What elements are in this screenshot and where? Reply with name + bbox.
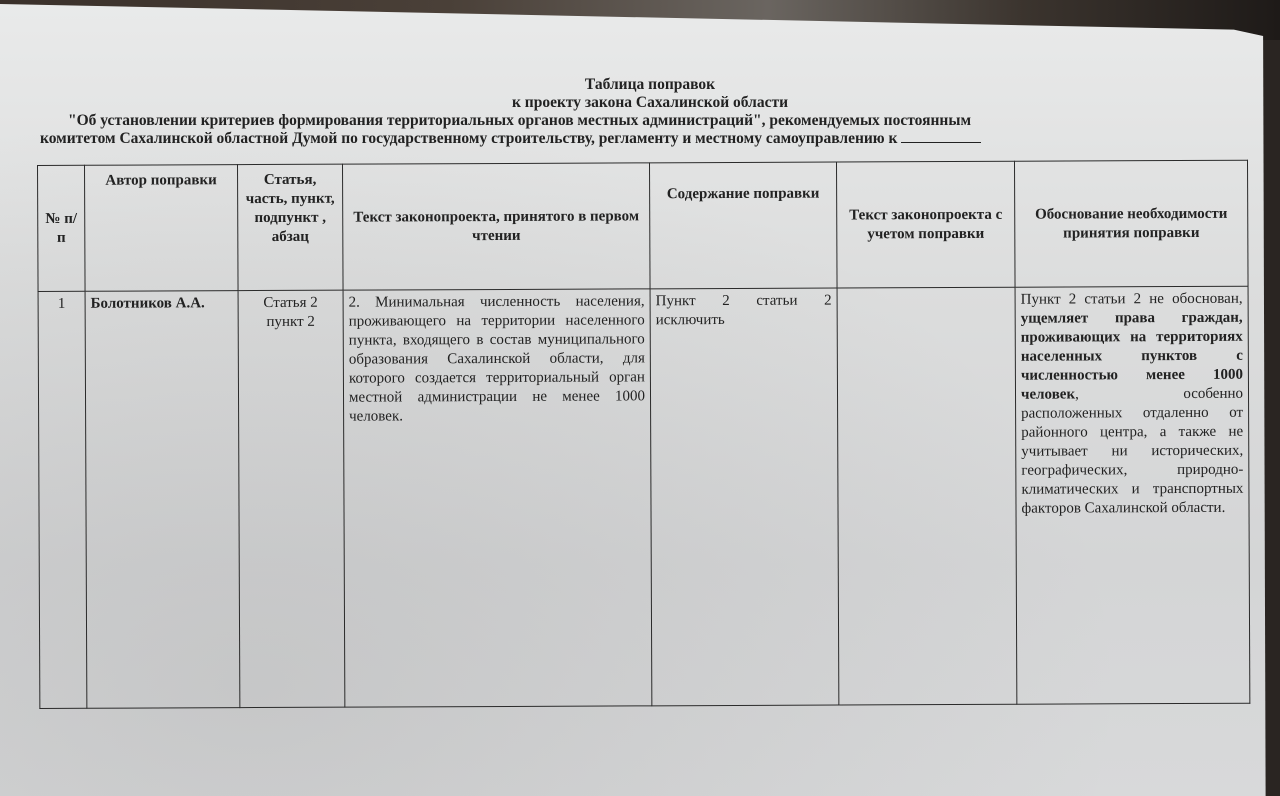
header-num: № п/п (38, 165, 86, 291)
amendments-table: № п/п Автор поправки Статья, часть, пунк… (37, 160, 1250, 709)
title-line-1: Таблица поправок (40, 76, 1260, 94)
table-header-row: № п/п Автор поправки Статья, часть, пунк… (38, 160, 1249, 291)
header-amendment: Содержание поправки (649, 162, 837, 289)
cell-num: 1 (38, 291, 87, 708)
header-article: Статья, часть, пункт, подпункт , абзац (238, 164, 344, 290)
date-blank-field (901, 130, 981, 143)
title-line-2: к проекту закона Сахалинской области (40, 94, 1260, 112)
cell-bill-text: 2. Минимальная численность населения, пр… (343, 289, 652, 707)
title-line-4: комитетом Сахалинской областной Думой по… (40, 130, 1260, 148)
header-text-with-amendment: Текст законопроекта с учетом поправки (836, 161, 1015, 288)
title-line-3: "Об установлении критериев формирования … (40, 112, 1260, 130)
table-row: 1 Болотников А.А. Статья 2 пункт 2 2. Ми… (38, 286, 1250, 708)
cell-author: Болотников А.А. (85, 291, 240, 709)
cell-amendment: Пункт 2 статьи 2 исключить (650, 288, 839, 706)
cell-article: Статья 2 пункт 2 (238, 290, 345, 707)
cell-text-with-amendment (837, 287, 1017, 705)
cell-justification: Пункт 2 статьи 2 не обоснован, ущемляет … (1015, 286, 1250, 704)
header-bill-text: Текст законопроекта, принятого в первом … (342, 163, 650, 290)
document-title: Таблица поправок к проекту закона Сахали… (40, 76, 1260, 148)
header-author: Автор поправки (85, 165, 239, 292)
header-justification: Обоснование необходимости принятия попра… (1014, 160, 1248, 287)
